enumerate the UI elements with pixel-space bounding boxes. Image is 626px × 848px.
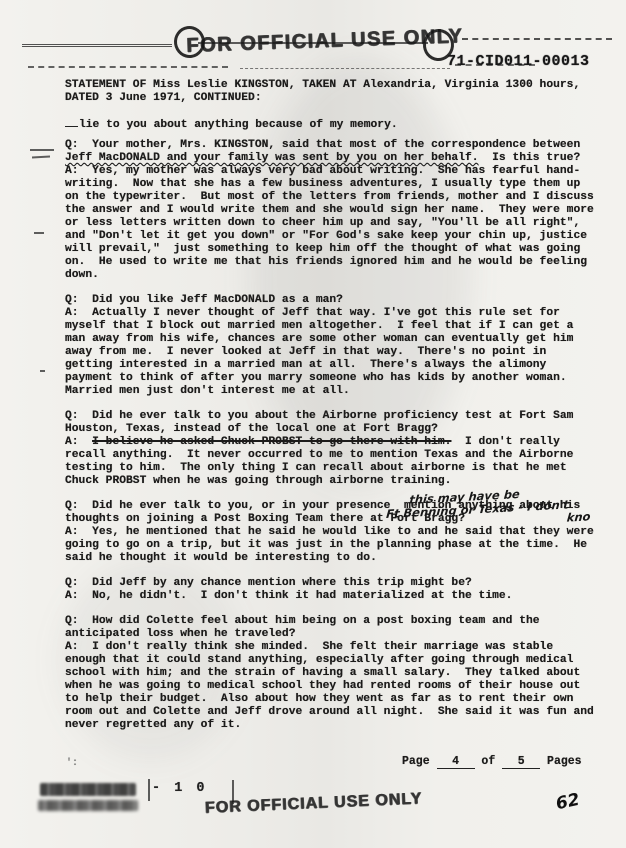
question-segment: Q: Your mother, Mrs. KINGSTON, said that…	[65, 139, 587, 151]
transcript-body: Q: Your mother, Mrs. KINGSTON, said that…	[65, 139, 597, 744]
page-number-value: 4	[437, 755, 475, 769]
pen-mark	[32, 156, 50, 159]
page-number-line: Page 4 of 5 Pages	[402, 755, 582, 769]
answer-text: A: I believe he asked Chuck PROBST to go…	[65, 436, 597, 488]
pen-tick	[148, 779, 150, 801]
handwritten-page-number: 62	[554, 790, 581, 814]
total-pages-value: 5	[502, 755, 540, 769]
opening-fragment-text: lie to you about anything because of my …	[79, 119, 398, 131]
page-label: Page	[402, 755, 430, 768]
pages-label: Pages	[547, 755, 582, 768]
faint-footer-mark: ':	[66, 757, 78, 770]
smudged-exhibit-stamp	[38, 800, 138, 811]
statement-header: STATEMENT OF Miss Leslie KINGSTON, TAKEN…	[65, 79, 610, 105]
question-text: Q: Did Jeff by any chance mention where …	[65, 577, 597, 590]
handwritten-annotation-line: kno	[566, 509, 615, 525]
answer-segment: A:	[65, 436, 92, 448]
pen-mark	[40, 370, 45, 372]
case-number: 71-CID011-00013	[447, 53, 590, 70]
question-text: Q: Did you like Jeff MacDONALD as a man?	[65, 294, 597, 307]
statement-header-line2: DATED 3 June 1971, CONTINUED:	[65, 92, 610, 105]
qa-block: Q: How did Colette feel about him being …	[65, 615, 597, 732]
question-segment: Is this true?	[479, 152, 581, 164]
smudged-exhibit-stamp	[40, 783, 136, 796]
document-page: FOR OFFICIAL USE ONLY 71-CID011-00013 ST…	[0, 0, 626, 848]
question-text: Q: Your mother, Mrs. KINGSTON, said that…	[65, 139, 597, 165]
statement-header-line1: STATEMENT OF Miss Leslie KINGSTON, TAKEN…	[65, 79, 610, 92]
margin-underline-mark	[65, 116, 78, 127]
question-text: Q: How did Colette feel about him being …	[65, 615, 597, 641]
rule-line	[28, 66, 228, 68]
qa-block: Q: Did you like Jeff MacDONALD as a man?…	[65, 294, 597, 398]
question-text: Q: Did he ever talk to you about the Air…	[65, 410, 597, 436]
opening-fragment: lie to you about anything because of my …	[65, 116, 610, 132]
answer-text: A: Actually I never thought of Jeff that…	[65, 307, 597, 398]
answer-text: A: Yes, my mother was always very bad ab…	[65, 165, 597, 282]
answer-text: A: I don't really think she minded. She …	[65, 641, 597, 732]
pen-mark	[34, 232, 44, 234]
exhibit-number: - 1 0	[152, 782, 208, 795]
struck-through-answer-segment: I believe he asked Chuck PROBST to go th…	[92, 436, 451, 448]
answer-text: A: Yes, he mentioned that he said he wou…	[65, 526, 597, 565]
qa-block: Q: Did Jeff by any chance mention where …	[65, 577, 597, 603]
qa-block: Q: Did he ever talk to you about the Air…	[65, 410, 597, 488]
answer-text: A: No, he didn't. I don't think it had m…	[65, 590, 597, 603]
underlined-question-segment: Jeff MacDONALD and your family was sent …	[65, 152, 479, 164]
pen-mark	[30, 149, 54, 151]
qa-block: Q: Your mother, Mrs. KINGSTON, said that…	[65, 139, 597, 282]
fouo-stamp-bottom: FOR OFFICIAL USE ONLY	[205, 790, 423, 817]
rule-line	[240, 68, 450, 69]
of-label: of	[481, 755, 495, 768]
